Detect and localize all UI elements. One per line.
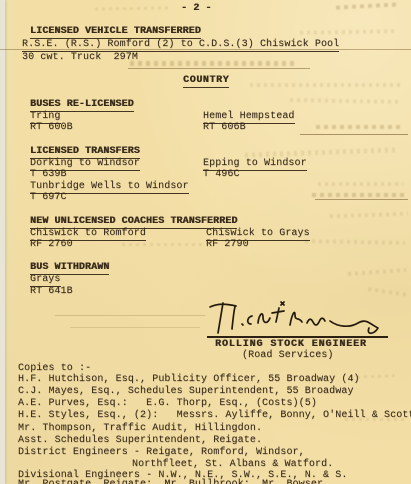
signatory-subtitle: (Road Services) <box>242 350 334 362</box>
pencil-smudge <box>300 29 395 35</box>
copies-line: A.E. Purves, Esq.: E.G. Thorp, Esq., (Co… <box>18 398 317 410</box>
pencil-line <box>70 327 200 328</box>
scan-edge <box>0 0 5 484</box>
fleet-number: T 496C <box>203 169 240 181</box>
fleet-number: RF 2790 <box>206 239 249 251</box>
fleet-number: T 697C <box>30 192 67 204</box>
section-heading-country: COUNTRY <box>183 75 229 88</box>
fleet-number: RT 606B <box>203 122 246 134</box>
transfer-detail: 30 cwt. Truck 297M <box>22 52 138 64</box>
pencil-smudge <box>290 98 402 104</box>
pencil-smudge <box>305 239 405 245</box>
pencil-smudge <box>348 268 406 276</box>
pencil-smudge <box>336 2 398 9</box>
fleet-number: RF 2760 <box>30 239 73 251</box>
pencil-smudge <box>330 212 408 219</box>
transfer-route: R.S.E. (R.S.) Romford (2) to C.D.S.(3) C… <box>22 39 339 52</box>
pencil-line <box>300 134 408 135</box>
handwritten-note-faint <box>130 61 298 66</box>
pencil-smudge <box>368 287 408 297</box>
document-page: - 2 - LICENSED VEHICLE TRANSFERRED R.S.E… <box>0 0 411 484</box>
pencil-line <box>128 68 310 69</box>
copies-line: H.E. Styles, Esq., (2): Messrs. Ayliffe,… <box>18 410 411 422</box>
copies-line: Mr. Thompson, Traffic Audit, Hillingdon. <box>18 423 262 435</box>
pencil-smudge <box>316 125 404 129</box>
section-heading-licensed-vehicle: LICENSED VEHICLE TRANSFERRED <box>30 26 201 39</box>
pencil-smudge <box>312 193 407 197</box>
copies-line: Asst. Schedules Superintendent, Reigate. <box>18 435 262 447</box>
copies-line: H.F. Hutchison, Esq., Publicity Officer,… <box>18 374 360 386</box>
fleet-number: T 639B <box>30 169 67 181</box>
fleet-number: RT 600B <box>30 122 73 134</box>
copies-line-clipped: Mr. Postgate, Reigate; Mr. Bullbrook; Mr… <box>18 479 323 484</box>
pencil-smudge <box>245 147 395 157</box>
signature-scrawl <box>206 299 390 339</box>
pencil-line <box>315 199 408 200</box>
page-number: - 2 - <box>181 3 212 15</box>
pencil-smudge <box>95 6 170 10</box>
pencil-line <box>55 315 205 316</box>
pencil-smudge <box>250 83 400 87</box>
copies-line: C.J. Mayes, Esq., Schedules Superintende… <box>18 386 354 398</box>
fleet-number: RT 641B <box>30 286 73 298</box>
copies-line: District Engineers - Reigate, Romford, W… <box>18 447 305 459</box>
pencil-smudge <box>318 182 403 186</box>
pencil-smudge <box>122 243 202 246</box>
signature-rule <box>207 336 388 338</box>
